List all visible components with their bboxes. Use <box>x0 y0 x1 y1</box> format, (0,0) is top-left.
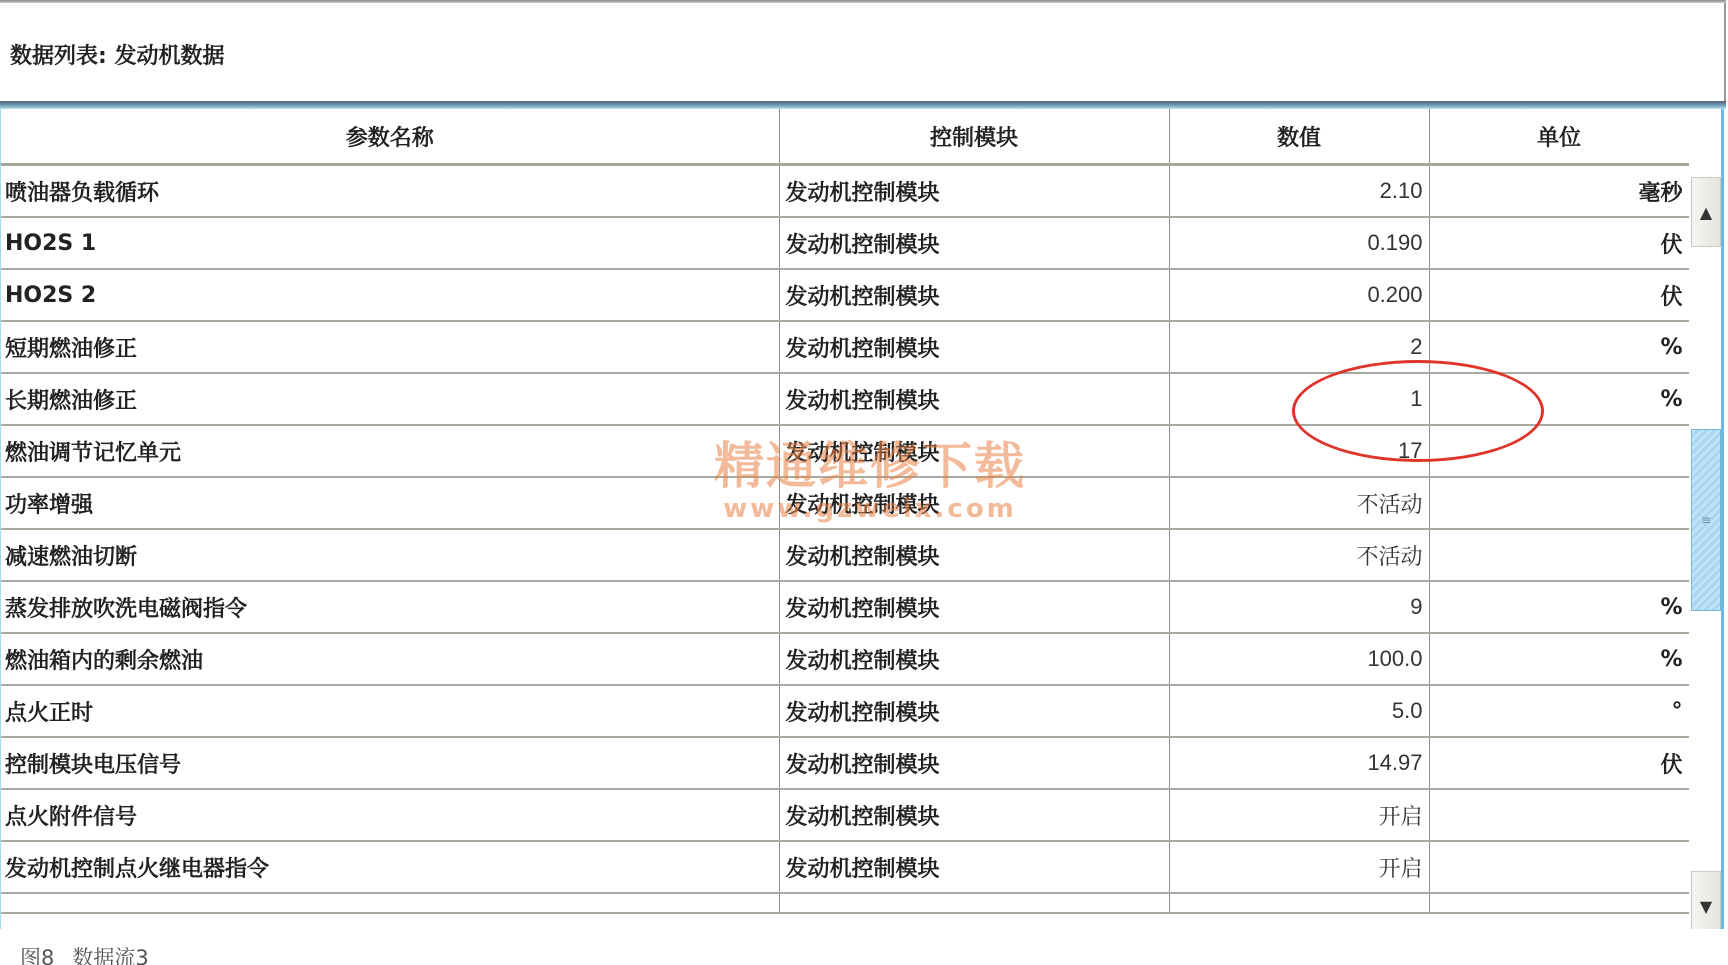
unit-cell <box>1429 529 1689 581</box>
table-row[interactable]: 点火正时发动机控制模块5.0° <box>1 685 1689 737</box>
value-cell: 开启 <box>1169 841 1429 893</box>
param-name-cell: 燃油调节记忆单元 <box>1 425 779 477</box>
value-cell: 0.200 <box>1169 269 1429 321</box>
engine-data-table: 参数名称 控制模块 数值 单位 喷油器负载循环发动机控制模块2.10毫秒HO2S… <box>1 109 1690 914</box>
param-name-cell: 长期燃油修正 <box>1 373 779 425</box>
value-cell: 100.0 <box>1169 633 1429 685</box>
unit-cell: % <box>1429 633 1689 685</box>
table-row[interactable]: 长期燃油修正发动机控制模块1% <box>1 373 1689 425</box>
table-row[interactable]: 减速燃油切断发动机控制模块不活动 <box>1 529 1689 581</box>
value-cell: 17 <box>1169 425 1429 477</box>
table-row[interactable]: 短期燃油修正发动机控制模块2% <box>1 321 1689 373</box>
param-name-cell: 喷油器负载循环 <box>1 165 779 218</box>
arrow-down-icon: ▼ <box>1700 897 1712 916</box>
module-cell: 发动机控制模块 <box>779 737 1169 789</box>
value-cell: 2 <box>1169 321 1429 373</box>
unit-cell: % <box>1429 321 1689 373</box>
module-cell: 发动机控制模块 <box>779 217 1169 269</box>
vertical-scrollbar[interactable]: ▲ ≡ ▼ <box>1689 109 1721 929</box>
partial-cell <box>1 893 779 913</box>
param-name-cell: 点火正时 <box>1 685 779 737</box>
column-header-module[interactable]: 控制模块 <box>779 109 1169 165</box>
screenshot: 数据列表: 发动机数据 参数名称 控制模块 数值 单位 喷油器负载循环发动机控制… <box>0 0 1728 965</box>
unit-cell <box>1429 841 1689 893</box>
scroll-up-button[interactable]: ▲ <box>1691 177 1721 247</box>
column-header-unit[interactable]: 单位 <box>1429 109 1689 165</box>
value-cell: 0.190 <box>1169 217 1429 269</box>
table-row[interactable]: 燃油箱内的剩余燃油发动机控制模块100.0% <box>1 633 1689 685</box>
table-row[interactable]: 喷油器负载循环发动机控制模块2.10毫秒 <box>1 165 1689 218</box>
figure-number: 图8 <box>20 946 54 965</box>
column-header-name[interactable]: 参数名称 <box>1 109 779 165</box>
figure-title: 数据流3 <box>72 946 148 965</box>
module-cell: 发动机控制模块 <box>779 477 1169 529</box>
partial-cell <box>1169 893 1429 913</box>
module-cell: 发动机控制模块 <box>779 165 1169 218</box>
unit-cell: 伏 <box>1429 217 1689 269</box>
param-name-cell: 蒸发排放吹洗电磁阀指令 <box>1 581 779 633</box>
arrow-up-icon: ▲ <box>1700 203 1712 222</box>
unit-cell: 伏 <box>1429 269 1689 321</box>
table-row[interactable]: 发动机控制点火继电器指令发动机控制模块开启 <box>1 841 1689 893</box>
unit-cell: 伏 <box>1429 737 1689 789</box>
table-row-partial <box>1 893 1689 913</box>
param-name-cell: 控制模块电压信号 <box>1 737 779 789</box>
table-row[interactable]: HO2S 2发动机控制模块0.200伏 <box>1 269 1689 321</box>
param-name-cell: 减速燃油切断 <box>1 529 779 581</box>
module-cell: 发动机控制模块 <box>779 581 1169 633</box>
module-cell: 发动机控制模块 <box>779 685 1169 737</box>
module-cell: 发动机控制模块 <box>779 841 1169 893</box>
unit-cell: % <box>1429 373 1689 425</box>
table-row[interactable]: 燃油调节记忆单元发动机控制模块17 <box>1 425 1689 477</box>
param-name-cell: HO2S 2 <box>1 269 779 321</box>
unit-cell: % <box>1429 581 1689 633</box>
column-header-value[interactable]: 数值 <box>1169 109 1429 165</box>
param-name-cell: 短期燃油修正 <box>1 321 779 373</box>
data-table-frame: 参数名称 控制模块 数值 单位 喷油器负载循环发动机控制模块2.10毫秒HO2S… <box>0 109 1724 929</box>
module-cell: 发动机控制模块 <box>779 633 1169 685</box>
param-name-cell: 燃油箱内的剩余燃油 <box>1 633 779 685</box>
panel-divider <box>0 101 1726 109</box>
value-cell: 5.0 <box>1169 685 1429 737</box>
table-row[interactable]: 蒸发排放吹洗电磁阀指令发动机控制模块9% <box>1 581 1689 633</box>
partial-cell <box>1429 893 1689 913</box>
table-body: 喷油器负载循环发动机控制模块2.10毫秒HO2S 1发动机控制模块0.190伏H… <box>1 165 1689 914</box>
table-row[interactable]: 功率增强发动机控制模块不活动 <box>1 477 1689 529</box>
unit-cell: ° <box>1429 685 1689 737</box>
table-row[interactable]: HO2S 1发动机控制模块0.190伏 <box>1 217 1689 269</box>
unit-cell <box>1429 789 1689 841</box>
title-panel: 数据列表: 发动机数据 <box>0 3 1726 103</box>
partial-cell <box>779 893 1169 913</box>
table-row[interactable]: 控制模块电压信号发动机控制模块14.97伏 <box>1 737 1689 789</box>
value-cell: 不活动 <box>1169 477 1429 529</box>
param-name-cell: HO2S 1 <box>1 217 779 269</box>
value-cell: 开启 <box>1169 789 1429 841</box>
param-name-cell: 功率增强 <box>1 477 779 529</box>
scroll-thumb[interactable]: ≡ <box>1691 429 1721 611</box>
param-name-cell: 发动机控制点火继电器指令 <box>1 841 779 893</box>
scroll-down-button[interactable]: ▼ <box>1691 871 1721 929</box>
module-cell: 发动机控制模块 <box>779 529 1169 581</box>
param-name-cell: 点火附件信号 <box>1 789 779 841</box>
module-cell: 发动机控制模块 <box>779 373 1169 425</box>
module-cell: 发动机控制模块 <box>779 269 1169 321</box>
data-list-title: 数据列表: 发动机数据 <box>10 39 224 70</box>
module-cell: 发动机控制模块 <box>779 425 1169 477</box>
grip-icon: ≡ <box>1701 513 1711 527</box>
table-row[interactable]: 点火附件信号发动机控制模块开启 <box>1 789 1689 841</box>
unit-cell: 毫秒 <box>1429 165 1689 218</box>
unit-cell <box>1429 477 1689 529</box>
value-cell: 9 <box>1169 581 1429 633</box>
value-cell: 不活动 <box>1169 529 1429 581</box>
value-cell: 1 <box>1169 373 1429 425</box>
module-cell: 发动机控制模块 <box>779 789 1169 841</box>
module-cell: 发动机控制模块 <box>779 321 1169 373</box>
value-cell: 14.97 <box>1169 737 1429 789</box>
figure-caption: 图8数据流3 <box>20 942 149 965</box>
value-cell: 2.10 <box>1169 165 1429 218</box>
unit-cell <box>1429 425 1689 477</box>
table-header-row: 参数名称 控制模块 数值 单位 <box>1 109 1689 165</box>
